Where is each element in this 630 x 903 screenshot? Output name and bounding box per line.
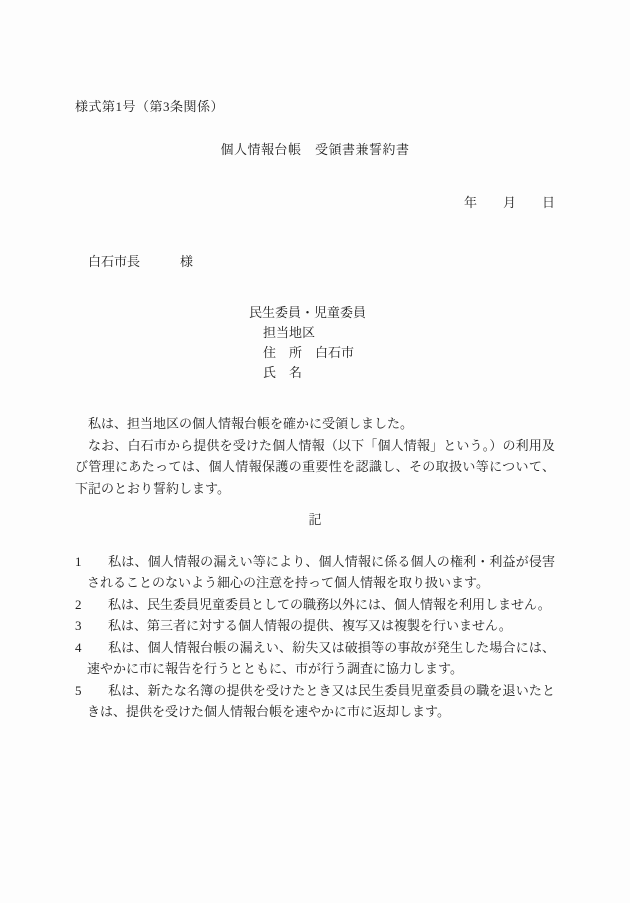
form-number-line: 様式第1号（第3条関係）	[75, 96, 555, 118]
pledge-item-number: 5	[75, 680, 108, 702]
pledge-item-number: 3	[75, 615, 108, 637]
pledge-item-text: 私は、新たな名簿の提供を受けたとき又は民生委員児童委員の職を退いたときは、提供を…	[87, 683, 555, 720]
body-paragraph-pledge: なお、白石市から提供を受けた個人情報（以下「個人情報」という。）の利用及び管理に…	[75, 435, 555, 500]
pledge-item-number: 1	[75, 551, 108, 573]
signatory-district-label: 担当地区	[249, 323, 555, 343]
pledge-item-text: 私は、個人情報台帳の漏えい、紛失又は破損等の事故が発生した場合には、速やかに市に…	[87, 640, 555, 677]
pledge-item-text: 私は、個人情報の漏えい等により、個人情報に係る個人の権利・利益が侵害されることの…	[87, 554, 555, 591]
date-line: 年 月 日	[75, 192, 555, 214]
document-content: 様式第1号（第3条関係） 個人情報台帳 受領書兼誓約書 年 月 日 白石市長様 …	[75, 96, 555, 723]
addressee-name: 白石市長	[88, 254, 140, 269]
signatory-role: 民生委員・児童委員	[249, 303, 555, 323]
body-paragraph-receipt: 私は、担当地区の個人情報台帳を確かに受領しました。	[75, 413, 555, 435]
pledge-item-text: 私は、民生委員児童委員としての職務以外には、個人情報を利用しません。	[108, 597, 551, 612]
pledge-item-number: 2	[75, 594, 108, 616]
pledge-item: 4私は、個人情報台帳の漏えい、紛失又は破損等の事故が発生した場合には、速やかに市…	[75, 637, 555, 680]
pledge-item: 5私は、新たな名簿の提供を受けたとき又は民生委員児童委員の職を退いたときは、提供…	[75, 680, 555, 723]
document-title: 個人情報台帳 受領書兼誓約書	[75, 139, 555, 161]
addressee-line: 白石市長様	[75, 251, 555, 273]
pledge-item-text: 私は、第三者に対する個人情報の提供、複写又は複製を行いません。	[108, 618, 512, 633]
signatory-name-label: 氏 名	[249, 363, 555, 383]
signatory-address-line: 住 所 白石市	[249, 343, 555, 363]
pledge-list: 1私は、個人情報の漏えい等により、個人情報に係る個人の権利・利益が侵害されること…	[75, 551, 555, 723]
pledge-item: 2私は、民生委員児童委員としての職務以外には、個人情報を利用しません。	[75, 594, 555, 616]
addressee-honorific: 様	[180, 254, 193, 269]
pledge-item-number: 4	[75, 637, 108, 659]
pledge-item: 1私は、個人情報の漏えい等により、個人情報に係る個人の権利・利益が侵害されること…	[75, 551, 555, 594]
ki-heading: 記	[75, 509, 555, 531]
pledge-item: 3私は、第三者に対する個人情報の提供、複写又は複製を行いません。	[75, 615, 555, 637]
body-paragraphs: 私は、担当地区の個人情報台帳を確かに受領しました。 なお、白石市から提供を受けた…	[75, 413, 555, 499]
document-page: 様式第1号（第3条関係） 個人情報台帳 受領書兼誓約書 年 月 日 白石市長様 …	[0, 0, 630, 903]
signatory-block: 民生委員・児童委員 担当地区 住 所 白石市 氏 名	[249, 303, 555, 383]
